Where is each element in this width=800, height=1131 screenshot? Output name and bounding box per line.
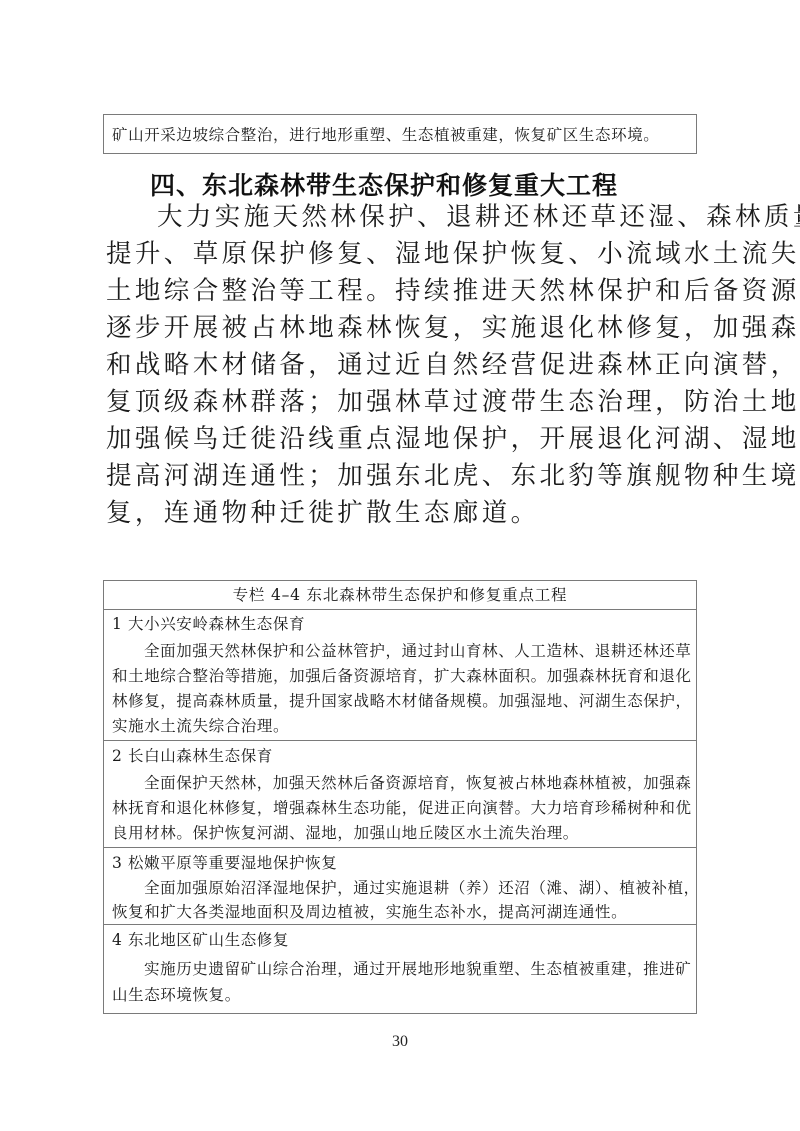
paragraph-line: 逐步开展被占林地森林恢复，实施退化林修复，加强森林经营: [106, 310, 696, 347]
row-line: 全面加强原始沼泽湿地保护，通过实施退耕（养）还沼（滩、湖）、植被补植，: [144, 876, 700, 900]
table-header: 专栏 4–4 东北森林带生态保护和修复重点工程: [104, 581, 696, 610]
row-title: 2 长白山森林生态保育: [112, 744, 273, 768]
table-row: 4 东北地区矿山生态修复 实施历史遗留矿山综合治理，通过开展地形地貌重塑、生态植…: [104, 925, 696, 1013]
table-row: 3 松嫩平原等重要湿地保护恢复 全面加强原始沼泽湿地保护，通过实施退耕（养）还沼…: [104, 848, 696, 925]
section-heading: 四、东北森林带生态保护和修复重大工程: [150, 166, 618, 202]
paragraph-line: 大力实施天然林保护、退耕还林还草还湿、森林质量精准: [106, 199, 696, 236]
row-line: 全面加强天然林保护和公益林管护，通过封山育林、人工造林、退耕还林还草: [144, 639, 691, 663]
row-line: 林修复，提高森林质量，提升国家战略木材储备规模。加强湿地、河湖生态保护，: [112, 689, 692, 713]
row-line: 实施水土流失综合治理。: [112, 714, 289, 738]
continued-box: 矿山开采边坡综合整治，进行地形重塑、生态植被重建，恢复矿区生态环境。: [103, 114, 697, 154]
row-line: 全面保护天然林，加强天然林后备资源培育，恢复被占林地森林植被，加强森: [144, 771, 691, 795]
paragraph-line: 提高河湖连通性；加强东北虎、东北豹等旗舰物种生境保护恢: [106, 458, 696, 495]
paragraph-line: 提升、草原保护修复、湿地保护恢复、小流域水土流失防控与: [106, 236, 696, 273]
page-number: 30: [0, 1033, 800, 1051]
box-text: 矿山开采边坡综合整治，进行地形重塑、生态植被重建，恢复矿区生态环境。: [112, 123, 659, 145]
row-line: 和土地综合整治等措施，加强后备资源培育，扩大森林面积。加强森林抚育和退化: [112, 664, 692, 688]
paragraph-line: 复，连通物种迁徙扩散生态廊道。: [106, 495, 696, 532]
table-row: 2 长白山森林生态保育 全面保护天然林，加强天然林后备资源培育，恢复被占林地森林…: [104, 741, 696, 848]
row-title: 4 东北地区矿山生态修复: [112, 928, 289, 952]
special-column-table: 专栏 4–4 东北森林带生态保护和修复重点工程 1 大小兴安岭森林生态保育 全面…: [103, 580, 697, 1014]
paragraph-line: 加强候鸟迁徙沿线重点湿地保护，开展退化河湖、湿地修复，: [106, 421, 696, 458]
body-paragraph: 大力实施天然林保护、退耕还林还草还湿、森林质量精准 提升、草原保护修复、湿地保护…: [106, 199, 696, 532]
row-line: 林抚育和退化林修复，增强森林生态功能，促进正向演替。大力培育珍稀树种和优: [112, 796, 692, 820]
paragraph-line: 和战略木材储备，通过近自然经营促进森林正向演替，逐步恢: [106, 347, 696, 384]
paragraph-line: 复顶级森林群落；加强林草过渡带生态治理，防治土地沙化；: [106, 384, 696, 421]
row-line: 山生态环境恢复。: [112, 983, 241, 1007]
row-title: 1 大小兴安岭森林生态保育: [112, 612, 305, 636]
row-line: 良用材林。保护恢复河湖、湿地，加强山地丘陵区水土流失治理。: [112, 821, 579, 845]
paragraph-line: 土地综合整治等工程。持续推进天然林保护和后备资源培育，: [106, 273, 696, 310]
row-line: 恢复和扩大各类湿地面积及周边植被，实施生态补水，提高河湖连通性。: [112, 900, 627, 924]
row-line: 实施历史遗留矿山综合治理，通过开展地形地貌重塑、生态植被重建，推进矿: [144, 957, 691, 981]
row-title: 3 松嫩平原等重要湿地保护恢复: [112, 851, 337, 875]
table-row: 1 大小兴安岭森林生态保育 全面加强天然林保护和公益林管护，通过封山育林、人工造…: [104, 609, 696, 741]
